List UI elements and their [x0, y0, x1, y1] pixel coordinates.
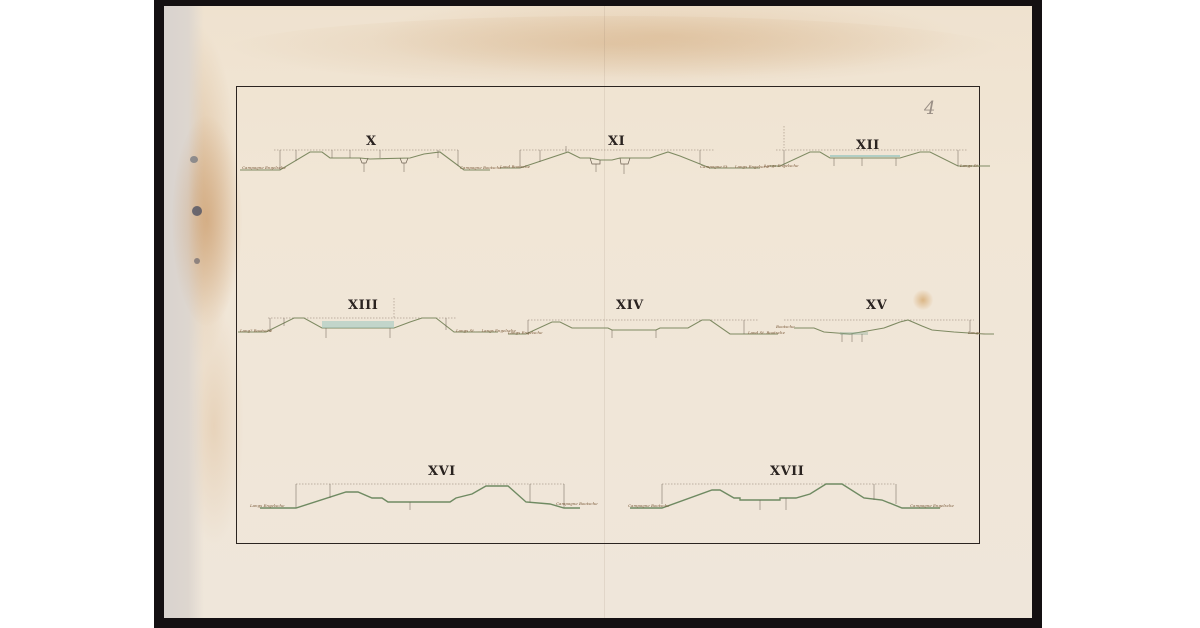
cross-section-drawing [500, 134, 760, 184]
right-label: Land St. Bootsche [748, 330, 785, 335]
page-number: 4 [924, 98, 935, 119]
cross-section-drawing [620, 464, 960, 519]
profile-XVII: XVII Campagne Bootsche Campagne Engelsch… [620, 464, 960, 519]
right-label: Langs St. [960, 163, 979, 168]
right-label: Campagne Bootsche [460, 165, 502, 170]
left-label: Langs Engelsche [508, 330, 542, 335]
left-label: Campagne Bootsche [628, 503, 670, 508]
left-label: Bootsche [776, 324, 795, 329]
profile-XII: XII Langs Engelsche Langs St. [770, 126, 990, 181]
manuscript-sheet: 4 X Campagne Engelsche Campagne Bootsche… [164, 6, 1032, 618]
scan-border: 4 X Campagne Engelsche Campagne Bootsche… [154, 0, 1042, 628]
cross-section-drawing [238, 298, 498, 348]
cross-section-drawing [508, 298, 778, 348]
left-label: Land Bootsche [500, 164, 530, 169]
ink-blot-2 [190, 156, 198, 163]
left-label: Lang? Bootsche [240, 328, 272, 333]
profile-XVI: XVI Langs Engelsche Campagne Bootsche [250, 464, 590, 519]
profile-XI: XI Land Bootsche Campagne St. ... Langs … [500, 134, 760, 184]
right-label: Campagne Bootsche [556, 501, 598, 506]
profile-X: X Campagne Engelsche Campagne Bootsche [240, 134, 490, 184]
ink-blot [192, 206, 202, 216]
right-label: Campagne Engelsche [910, 503, 954, 508]
right-label: Langs St. ... Langs Engelsche [456, 328, 516, 333]
right-label: Campagne St. ... Langs Engelsche [700, 164, 769, 169]
cross-section-drawing [240, 134, 490, 184]
cross-section-drawing [784, 298, 994, 348]
ink-blot-3 [194, 258, 200, 264]
left-label: Campagne Engelsche [242, 165, 286, 170]
profile-XIV: XIV Langs Engelsche Land St. Bootsche [508, 298, 778, 348]
right-label: Langs ... [968, 330, 985, 335]
water-stain-top [224, 16, 1004, 86]
cross-section-drawing [770, 126, 990, 181]
profile-XIII: XIII Lang? Bootsche Langs St. ... Langs … [238, 298, 498, 348]
left-label: Langs Engelsche [764, 163, 798, 168]
cross-section-drawing [250, 464, 590, 519]
left-label: Langs Engelsche [250, 503, 284, 508]
water-stain-left [172, 116, 242, 326]
profile-XV: XV Bootsche Langs ... [784, 298, 994, 348]
